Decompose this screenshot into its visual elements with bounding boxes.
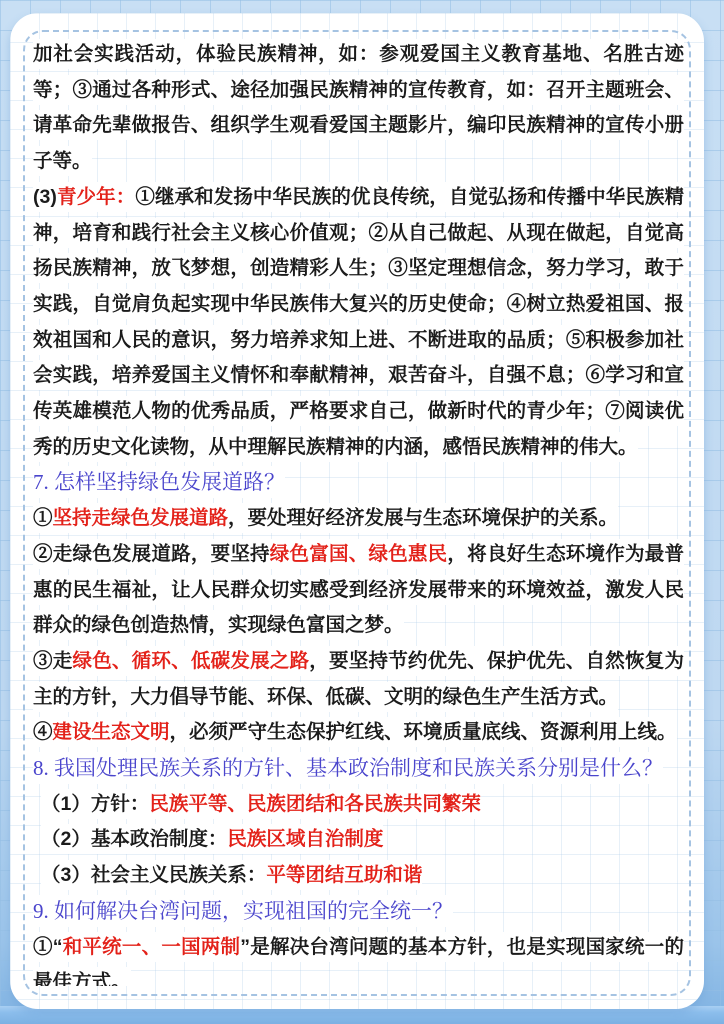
text-segment: (3): [33, 182, 57, 212]
text-segment: 加社会实践活动，体验民族精神，如：参观爱国主义教育基地、名胜古迹等；③通过各种形…: [33, 39, 684, 176]
text-segment: ②走绿色发展道路，要坚持: [33, 539, 270, 569]
paragraph: （3）社会主义民族关系：平等团结互助和谐: [33, 858, 684, 894]
text-segment: ④: [33, 717, 53, 747]
text-segment: （3）社会主义民族关系：: [41, 860, 266, 890]
text-segment: 坚持走绿色发展道路: [53, 503, 229, 533]
text-segment: ①继承和发扬中华民族的优良传统，自觉弘扬和传播中华民族精神，培育和践行社会主义核…: [33, 182, 684, 462]
text-segment: 绿色、循环、低碳发展之路: [72, 646, 309, 676]
text-segment: ①: [33, 503, 53, 533]
text-segment: ①“: [33, 932, 62, 962]
text-segment: 民族区域自治制度: [227, 824, 383, 854]
text-segment: 9. 如何解决台湾问题，实现祖国的完全统一？: [33, 895, 453, 927]
text-segment: 绿色富国、绿色惠民: [270, 539, 448, 569]
text-segment: （1）方针：: [41, 789, 149, 819]
text-segment: 民族平等、民族团结和各民族共同繁荣: [149, 789, 481, 819]
paragraph: （1）方针：民族平等、民族团结和各民族共同繁荣: [33, 787, 684, 823]
question-heading: 8. 我国处理民族关系的方针、基本政治制度和民族关系分别是什么？: [33, 751, 684, 787]
paragraph: (3)青少年：①继承和发扬中华民族的优良传统，自觉弘扬和传播中华民族精神，培育和…: [33, 180, 684, 466]
text-segment: 建设生态文明: [53, 717, 170, 747]
text-segment: （2）基本政治制度：: [41, 824, 227, 854]
text-segment: 8. 我国处理民族关系的方针、基本政治制度和民族关系分别是什么？: [33, 752, 663, 784]
notes-card: 加社会实践活动，体验民族精神，如：参观爱国主义教育基地、名胜古迹等；③通过各种形…: [10, 13, 704, 1009]
question-heading: 7. 怎样坚持绿色发展道路？: [33, 465, 684, 501]
text-segment: 青少年：: [57, 182, 136, 212]
paragraph: ①“和平统一、一国两制”是解决台湾问题的基本方针，也是实现国家统一的最佳方式。: [33, 930, 684, 986]
text-segment: 和平统一、一国两制: [62, 932, 240, 962]
text-segment: 7. 怎样坚持绿色发展道路？: [33, 466, 285, 498]
dashed-frame: 加社会实践活动，体验民族精神，如：参观爱国主义教育基地、名胜古迹等；③通过各种形…: [23, 30, 691, 996]
notes-page: 加社会实践活动，体验民族精神，如：参观爱国主义教育基地、名胜古迹等；③通过各种形…: [0, 0, 724, 1024]
text-segment: 平等团结互助和谐: [266, 860, 422, 890]
paragraph: ④建设生态文明，必须严守生态保护红线、环境质量底线、资源利用上线。: [33, 715, 684, 751]
paragraph: （2）基本政治制度：民族区域自治制度: [33, 822, 684, 858]
paragraph: ①坚持走绿色发展道路，要处理好经济发展与生态环境保护的关系。: [33, 501, 684, 537]
paragraph: 加社会实践活动，体验民族精神，如：参观爱国主义教育基地、名胜古迹等；③通过各种形…: [33, 37, 684, 180]
question-heading: 9. 如何解决台湾问题，实现祖国的完全统一？: [33, 894, 684, 930]
text-segment: ，要处理好经济发展与生态环境保护的关系。: [228, 503, 618, 533]
paragraph: ③走绿色、循环、低碳发展之路，要坚持节约优先、保护优先、自然恢复为主的方针，大力…: [33, 644, 684, 715]
paragraph: ②走绿色发展道路，要坚持绿色富国、绿色惠民，将良好生态环境作为最普惠的民生福祉，…: [33, 537, 684, 644]
document-body: 加社会实践活动，体验民族精神，如：参观爱国主义教育基地、名胜古迹等；③通过各种形…: [33, 37, 684, 986]
text-segment: ，必须严守生态保护红线、环境质量底线、资源利用上线。: [170, 717, 677, 747]
text-segment: ③走: [33, 646, 72, 676]
